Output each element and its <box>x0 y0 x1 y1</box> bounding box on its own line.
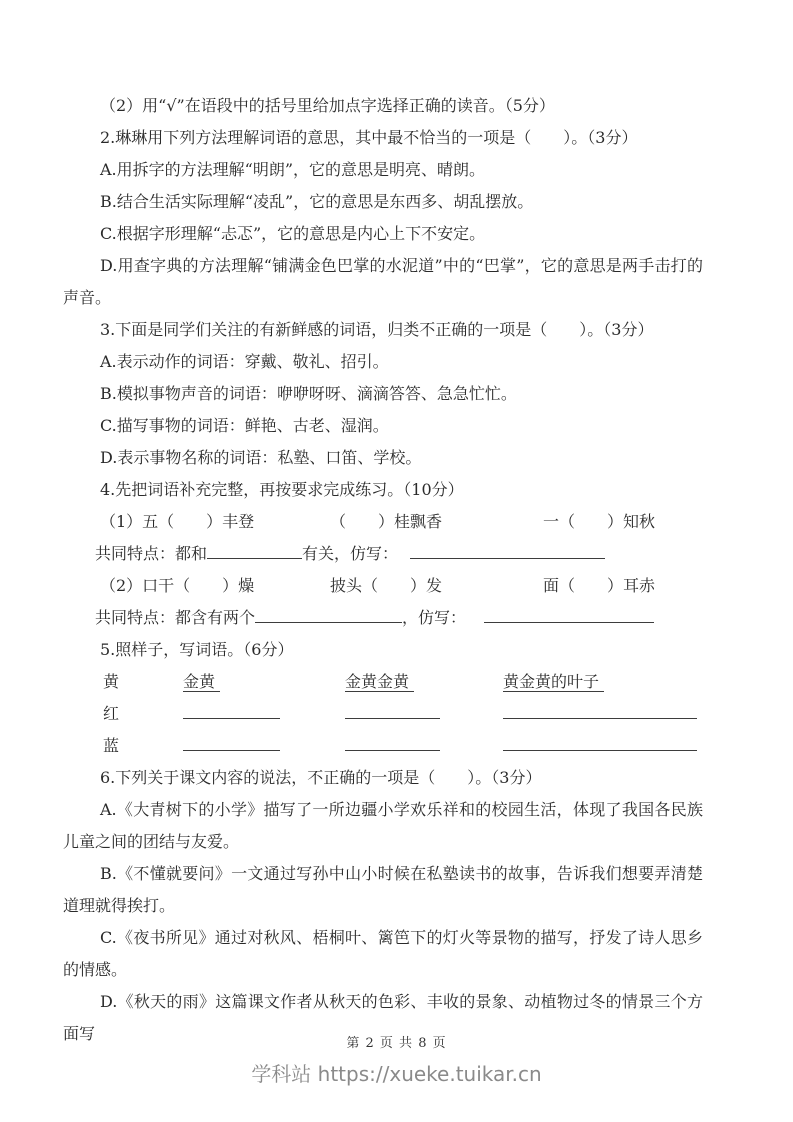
fill-blank-row: （2）口干（ ）燥披头（ ）发面（ ）耳赤 <box>63 570 703 602</box>
fill-blank-row: （1）五（ ）丰登（ ）桂飘香一（ ）知秋 <box>63 506 703 538</box>
blank-answer-line: 共同特点：都含有两个，仿写： <box>63 602 703 634</box>
segment-text: ，仿写： <box>402 608 466 627</box>
answer-blank <box>255 607 402 623</box>
paragraph: D.用查字典的方法理解“铺满金色巴掌的水泥道”中的“巴掌”，它的意思是两手击打的… <box>63 250 703 314</box>
paragraph: C.《夜书所见》通过对秋风、梧桐叶、篱笆下的灯火等景物的描写，抒发了诗人思乡的情… <box>63 922 703 986</box>
paragraph: B.结合生活实际理解“凌乱”，它的意思是东西多、胡乱摆放。 <box>63 186 703 218</box>
example-word: 黄金黄的叶子 <box>503 672 604 692</box>
segment-text: 共同特点：都和 <box>95 544 207 563</box>
answer-blank <box>503 735 697 751</box>
answer-blank <box>345 735 440 751</box>
table-cell: 金黄 <box>183 666 345 698</box>
fill-blank-item: （1）五（ ）丰登 <box>100 506 330 538</box>
blank-answer-line: 共同特点：都和有关，仿写： <box>63 538 703 570</box>
table-cell: 黄金黄的叶子 <box>503 666 703 698</box>
document-page: （2）用“√”在语段中的括号里给加点字选择正确的读音。（5分）2.琳琳用下列方法… <box>0 0 793 1122</box>
fill-blank-item: （2）口干（ ）燥 <box>100 570 330 602</box>
segment-text: 有关，仿写： <box>302 544 398 563</box>
fill-blank-item: （ ）桂飘香 <box>330 506 543 538</box>
paragraph: 4.先把词语补充完整，再按要求完成练习。（10分） <box>63 474 703 506</box>
answer-blank <box>207 543 302 559</box>
table-cell <box>503 730 703 762</box>
paragraph: （2）用“√”在语段中的括号里给加点字选择正确的读音。（5分） <box>63 90 703 122</box>
paragraph: A.表示动作的词语：穿戴、敬礼、招引。 <box>63 346 703 378</box>
example-word: 金黄 <box>183 672 220 692</box>
watermark-link: 学科站 https://xueke.tuikar.cn <box>0 1058 793 1087</box>
paragraph: A.《大青树下的小学》描写了一所边疆小学欢乐祥和的校园生活，体现了我国各民族儿童… <box>63 794 703 858</box>
paragraph: B.《不懂就要问》一文通过写孙中山小时候在私塾读书的故事，告诉我们想要弄清楚道理… <box>63 858 703 922</box>
table-cell: 金黄金黄 <box>345 666 503 698</box>
table-cell <box>503 698 703 730</box>
paragraph: 6.下列关于课文内容的说法，不正确的一项是（ ）。（3分） <box>63 762 703 794</box>
table-row: 黄金黄金黄金黄黄金黄的叶子 <box>63 666 703 698</box>
answer-blank <box>484 607 654 623</box>
answer-blank <box>183 703 280 719</box>
segment-text: 共同特点：都含有两个 <box>95 608 255 627</box>
paragraph: 3.下面是同学们关注的有新鲜感的词语，归类不正确的一项是（ ）。（3分） <box>63 314 703 346</box>
fill-blank-item: 披头（ ）发 <box>330 570 543 602</box>
answer-blank <box>503 703 697 719</box>
answer-blank <box>183 735 280 751</box>
example-word: 金黄金黄 <box>345 672 414 692</box>
table-row: 蓝 <box>63 730 703 762</box>
row-label: 蓝 <box>103 730 183 762</box>
fill-blank-item: 面（ ）耳赤 <box>543 570 703 602</box>
answer-blank <box>345 703 440 719</box>
word-pattern-table: 黄金黄金黄金黄黄金黄的叶子红蓝 <box>63 666 703 762</box>
paragraph: D.表示事物名称的词语：私塾、口笛、学校。 <box>63 442 703 474</box>
fill-blank-item: 一（ ）知秋 <box>543 506 703 538</box>
paragraph: C.根据字形理解“忐忑”，它的意思是内心上下不安定。 <box>63 218 703 250</box>
paragraph: C.描写事物的词语：鲜艳、古老、湿润。 <box>63 410 703 442</box>
paragraph: 2.琳琳用下列方法理解词语的意思，其中最不恰当的一项是（ ）。（3分） <box>63 122 703 154</box>
table-cell <box>183 698 345 730</box>
page-number: 第 2 页 共 8 页 <box>0 1032 793 1051</box>
paragraph: 5.照样子，写词语。（6分） <box>63 634 703 666</box>
paragraph: A.用拆字的方法理解“明朗”，它的意思是明亮、晴朗。 <box>63 154 703 186</box>
row-label: 黄 <box>103 666 183 698</box>
table-cell <box>345 730 503 762</box>
paragraph: B.模拟事物声音的词语：咿咿呀呀、滴滴答答、急急忙忙。 <box>63 378 703 410</box>
table-cell <box>183 730 345 762</box>
row-label: 红 <box>103 698 183 730</box>
document-content: （2）用“√”在语段中的括号里给加点字选择正确的读音。（5分）2.琳琳用下列方法… <box>63 90 703 1050</box>
table-row: 红 <box>63 698 703 730</box>
answer-blank <box>410 543 605 559</box>
table-cell <box>345 698 503 730</box>
